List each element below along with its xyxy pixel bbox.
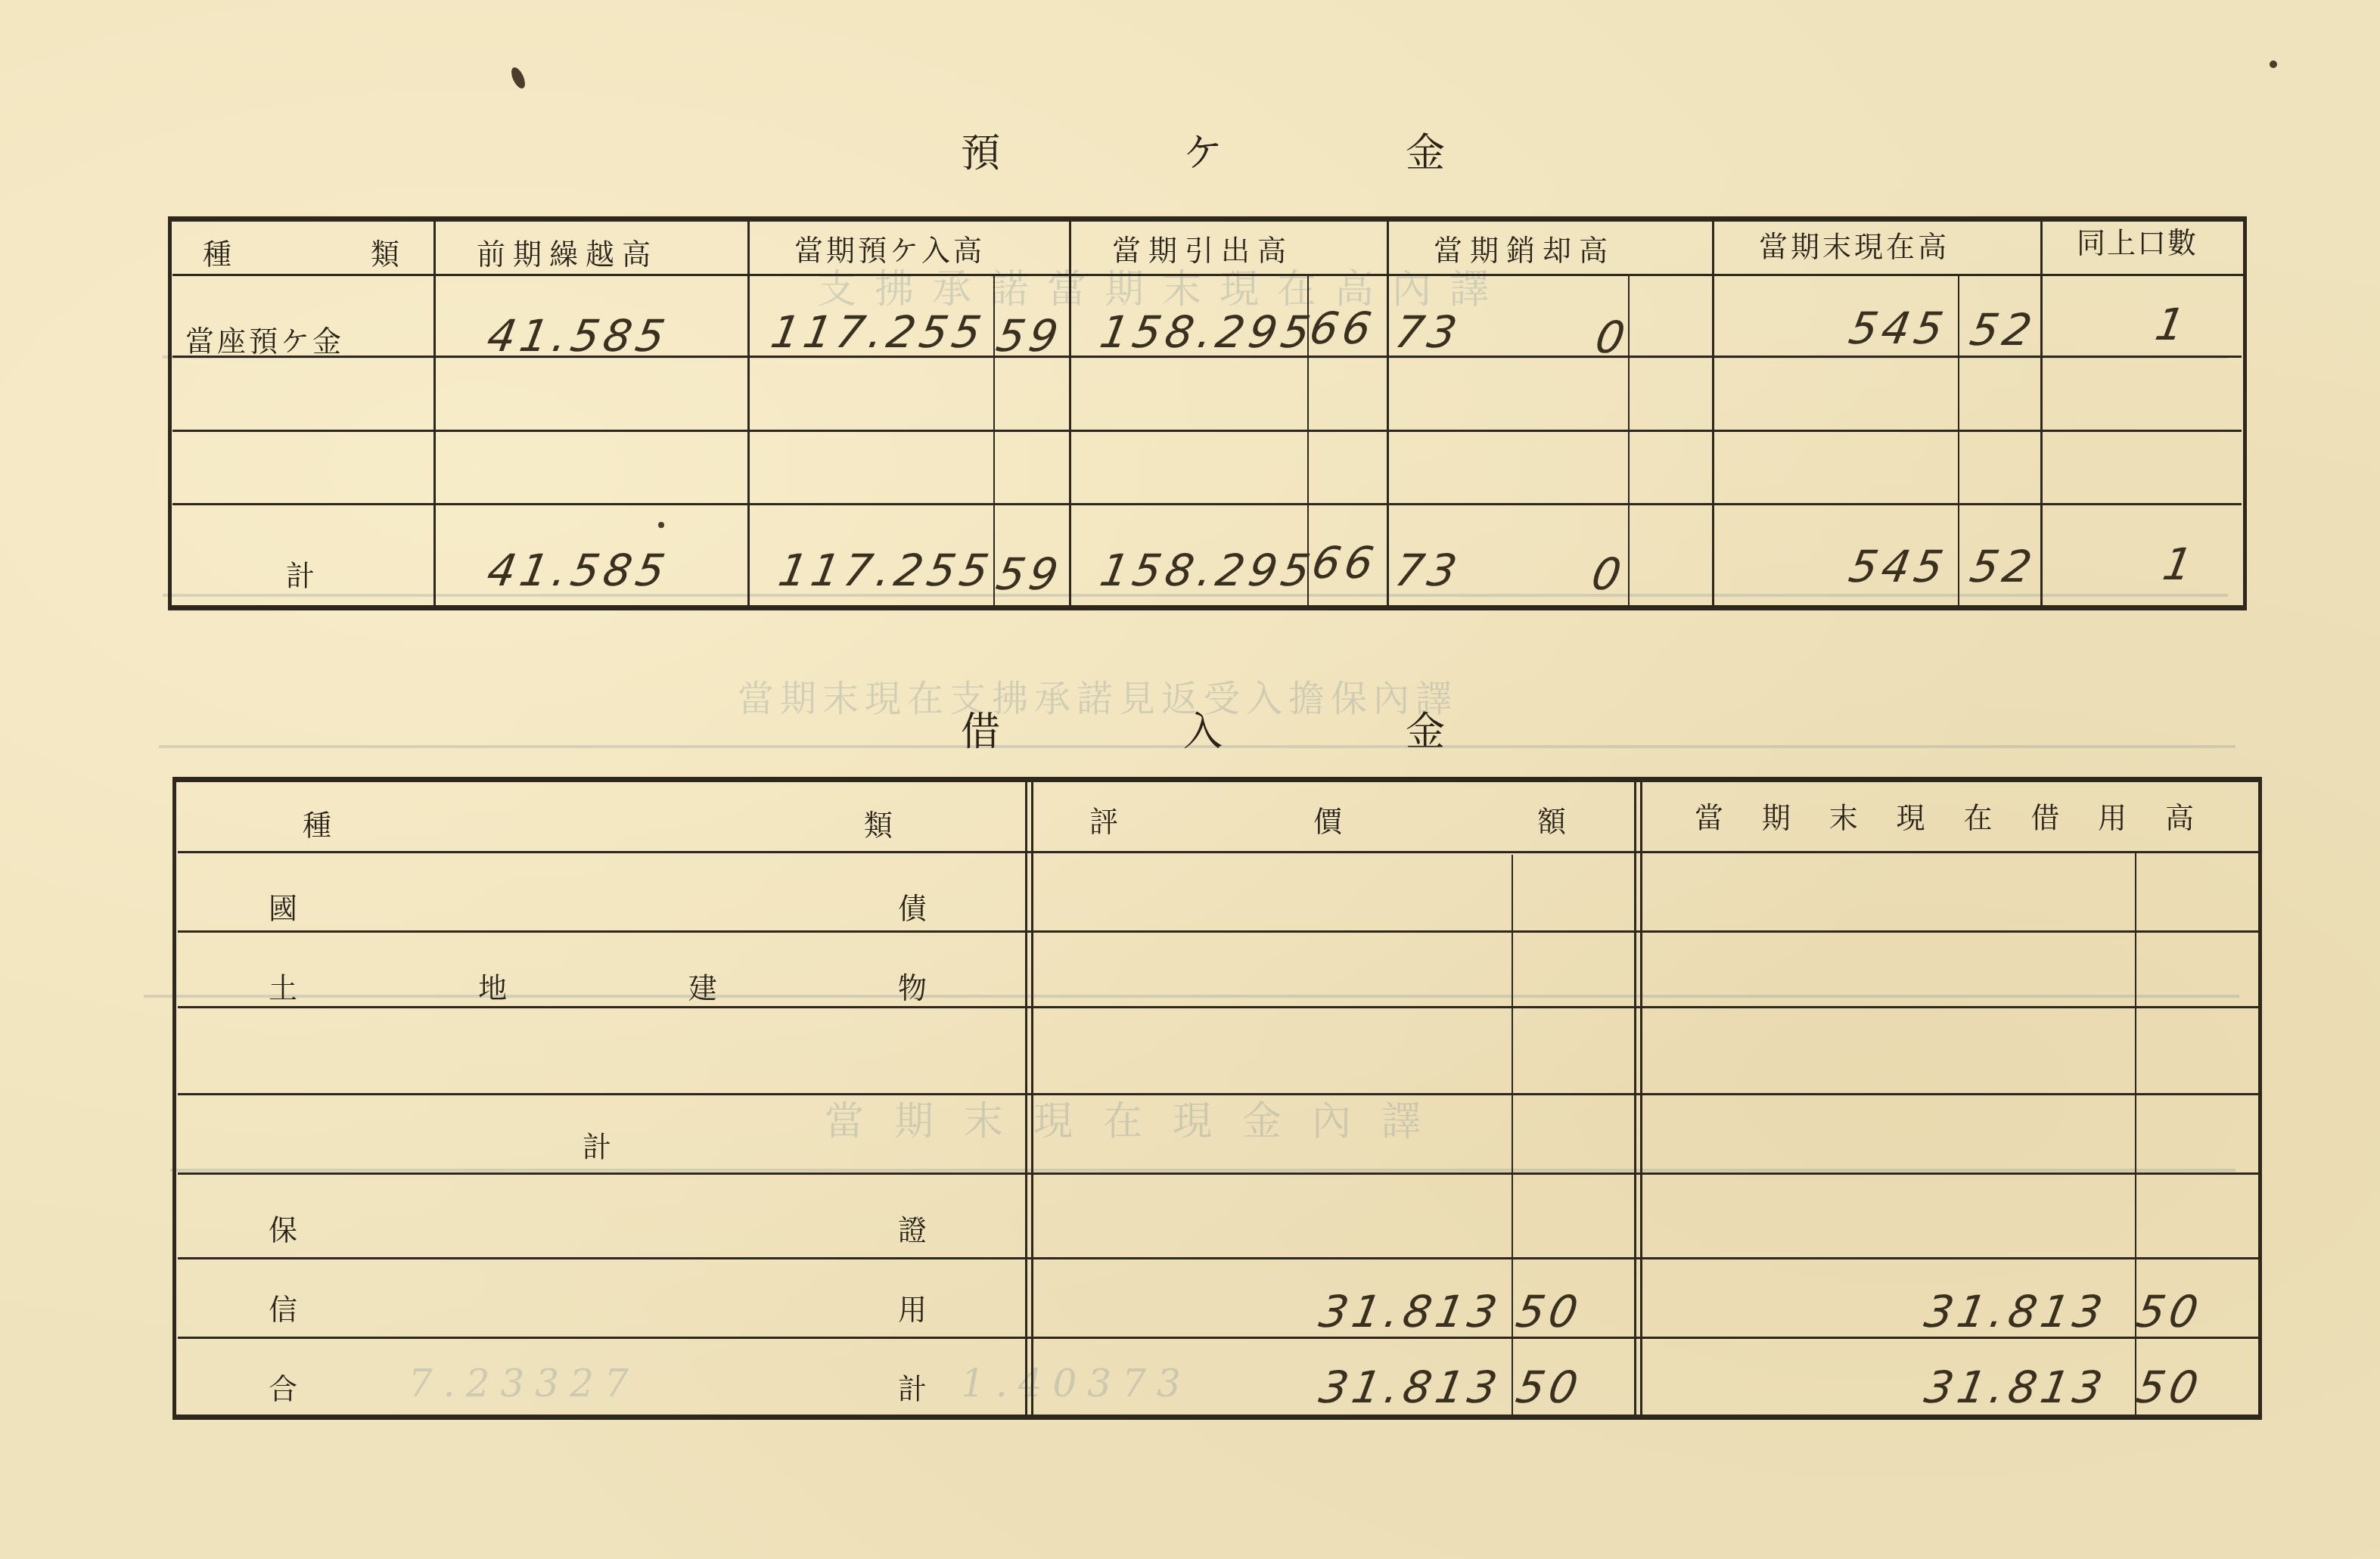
label-char: 地 [478,964,507,1006]
header-char: 額 [1537,798,1566,840]
total-withdrawn-yen: 158.295 [1096,545,1319,596]
row-type-label: 當座預ケ金 [185,318,344,359]
bleed-heading-3: 當期末現在現金內譯 [825,1089,1451,1146]
total-deposited-sen: 66 [1308,537,1382,589]
table-border-bottom [172,1415,2262,1420]
col-divider [1387,219,1389,605]
label-char: 國 [269,885,297,927]
header-char: 種 [203,231,231,272]
header-deposited: 當期預ケ入高 [794,227,985,269]
label-char: 土 [269,964,297,1006]
col-divider [1634,779,1636,1416]
balance-sen: 52 [1966,304,2040,356]
total-label: 計 [286,552,315,594]
accounts-count: 1 [2152,299,2193,350]
header-valuation: 評 價 額 [1089,798,1566,840]
label-char: 計 [898,1365,927,1407]
row-label-subtotal: 計 [583,1123,611,1165]
total-valuation-sen: 50 [1512,1362,1586,1413]
row-label-national-bonds: 國 債 [269,885,927,927]
bleed-number-2: 1.40373 [961,1362,1192,1405]
paper-speck [2270,61,2277,68]
header-char: 類 [371,231,399,272]
row-rule [178,1093,2258,1095]
title-char: 借 [961,700,1000,756]
row-rule [178,1006,2258,1008]
header-char: 借 [2030,794,2059,836]
header-char: 高 [2165,794,2194,836]
label-char: 合 [269,1365,297,1407]
deposits-title: 預 ケ 金 [961,121,1445,178]
header-withdrawn: 當期引出高 [1112,227,1294,269]
col-divider [1069,219,1071,605]
header-char: 在 [1963,794,1992,836]
deposited-yen: 117.255 [767,306,990,358]
table-border-bottom [168,605,2247,610]
credit-balance-yen: 31.813 [1921,1286,2111,1337]
header-rule [172,274,2245,276]
row-label-land-buildings: 土 地 建 物 [269,964,927,1006]
header-char: 當 [1695,794,1723,836]
header-char: 用 [2098,794,2127,836]
total-balance-sen: 50 [2133,1362,2207,1413]
label-char: 信 [269,1286,297,1328]
label-char: 物 [898,964,927,1006]
total-balance-yen: 545 [1845,541,1952,592]
total-valuation-yen: 31.813 [1316,1362,1505,1413]
withdrawn-sen: 73 [1391,306,1465,358]
col-divider [1031,779,1033,1416]
table-border-top [168,216,2247,222]
table-border-right [2258,777,2262,1418]
col-divider [2040,219,2043,605]
title-char: ケ [1183,121,1223,178]
col-divider [1712,219,1714,605]
row-rule [172,430,2242,432]
table-border-top [172,777,2262,782]
header-char: 期 [1762,794,1791,836]
total-balance-sen: 52 [1966,541,2040,592]
title-char: 金 [1406,700,1445,756]
credit-balance-sen: 50 [2133,1286,2207,1337]
withdrawn-yen: 158.295 [1096,306,1319,358]
table-border-left [168,216,172,610]
header-type: 種 類 [303,802,893,843]
credit-valuation-yen: 31.813 [1316,1286,1505,1337]
row-label-guarantee: 保 證 [269,1207,927,1248]
bleed-rule [170,1169,2236,1172]
col-divider [433,219,436,605]
paper-speck [508,65,527,90]
row-rule [178,1172,2258,1175]
header-char: 現 [1897,794,1925,836]
title-char: 金 [1406,121,1445,178]
header-accounts: 同上口數 [2077,219,2198,261]
balance-yen: 545 [1845,303,1952,354]
header-char: 類 [864,802,893,843]
total-written-off-yen: 0 [1588,548,1630,600]
paper-speck [658,522,664,528]
title-char: 預 [961,121,1000,178]
sen-divider [1958,276,1959,605]
label-char: 債 [898,885,927,927]
total-accounts-count: 1 [2159,539,2201,590]
col-divider [747,219,750,605]
row-rule [178,1257,2258,1259]
header-balance: 當 期 末 現 在 借 用 高 [1695,794,2194,836]
header-prev-carryover: 前期繰越高 [477,231,658,272]
header-balance: 當期末現在高 [1759,223,1950,265]
row-rule [178,930,2258,933]
total-deposited-yen: 117.255 [775,545,997,596]
header-char: 末 [1829,794,1858,836]
header-rule [178,851,2258,853]
bleed-heading-top [726,129,768,169]
label-char: 建 [688,964,717,1006]
row-rule [172,503,2242,505]
label-char: 證 [898,1207,927,1248]
borrowings-title: 借 入 金 [961,700,1445,756]
table-border-left [172,777,176,1418]
col-divider [1025,779,1027,1416]
total-balance-yen: 31.813 [1921,1362,2111,1413]
total-prev-carryover-sen: 59 [993,548,1067,600]
header-char: 種 [303,802,331,843]
row-label-credit: 信 用 [269,1286,927,1328]
prev-carryover-sen: 59 [993,310,1067,362]
header-char: 評 [1089,798,1118,840]
credit-valuation-sen: 50 [1512,1286,1586,1337]
total-prev-carryover-yen: 41.585 [483,545,673,596]
label-char: 保 [269,1207,297,1248]
header-written-off: 當期銷却高 [1434,227,1615,269]
header-type: 種 類 [203,231,399,272]
total-withdrawn-sen: 73 [1391,545,1465,596]
label-char: 用 [898,1286,927,1328]
title-char: 入 [1183,700,1223,756]
prev-carryover-yen: 41.585 [483,310,673,362]
row-label-grand-total: 合 計 [269,1365,927,1407]
header-char: 價 [1313,798,1342,840]
col-divider [1640,779,1642,1416]
